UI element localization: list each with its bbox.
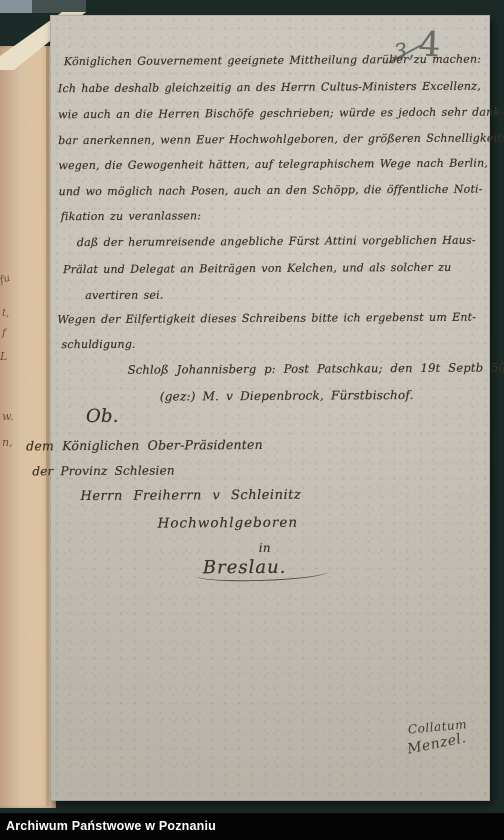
insert-line-3: avertiren sei. bbox=[85, 289, 163, 302]
recipient-in: in bbox=[259, 541, 271, 555]
archive-watermark: Archiwum Państwowe w Poznaniu bbox=[6, 819, 216, 833]
body-line-7: fikation zu veranlassen: bbox=[61, 209, 202, 223]
body-line-5: wegen, die Gewogenheit hätten, auf teleg… bbox=[58, 157, 488, 173]
body-line-2: Ich habe deshalb gleichzeitig an des Her… bbox=[58, 80, 481, 96]
body-line-4: bar anerkennen, wenn Euer Hochwohlgebore… bbox=[58, 131, 504, 147]
body-line-3: wie auch an die Herren Bischöfe geschrie… bbox=[58, 105, 504, 121]
insert-line-1: daß der herumreisende angebliche Fürst A… bbox=[77, 234, 476, 249]
insert-line-2: Prälat und Delegat an Beiträgen von Kelc… bbox=[63, 261, 451, 276]
recipient-name: Herrn Freiherrn v Schleinitz bbox=[80, 488, 301, 504]
archive-scan: 3. fu t, f L w. n, 3, 4 Königlichen Gouv… bbox=[0, 0, 504, 840]
ob-abbreviation: Ob. bbox=[86, 406, 119, 427]
apology-line-2: schuldigung. bbox=[61, 338, 135, 351]
dateline: Schloß Johannisberg p: Post Patschkau; d… bbox=[128, 360, 504, 376]
apology-line-1: Wegen der Eilfertigkeit dieses Schreiben… bbox=[57, 311, 476, 327]
recipient-line-1: dem Königlichen Ober-Präsidenten bbox=[26, 437, 263, 453]
body-line-6: und wo möglich nach Posen, auch an den S… bbox=[59, 183, 483, 199]
body-line-1: Königlichen Gouvernement geeignete Mitth… bbox=[64, 53, 481, 69]
watermark-bar: Archiwum Państwowe w Poznaniu bbox=[0, 813, 504, 840]
recipient-line-2: der Provinz Schlesien bbox=[32, 463, 175, 478]
letter-body: 3, 4 Königlichen Gouvernement geeignete … bbox=[0, 0, 504, 840]
signature-line: (gez:) M. v Diepenbrock, Fürstbischof. bbox=[160, 388, 414, 404]
recipient-honorific: Hochwohlgeboren bbox=[158, 515, 298, 532]
